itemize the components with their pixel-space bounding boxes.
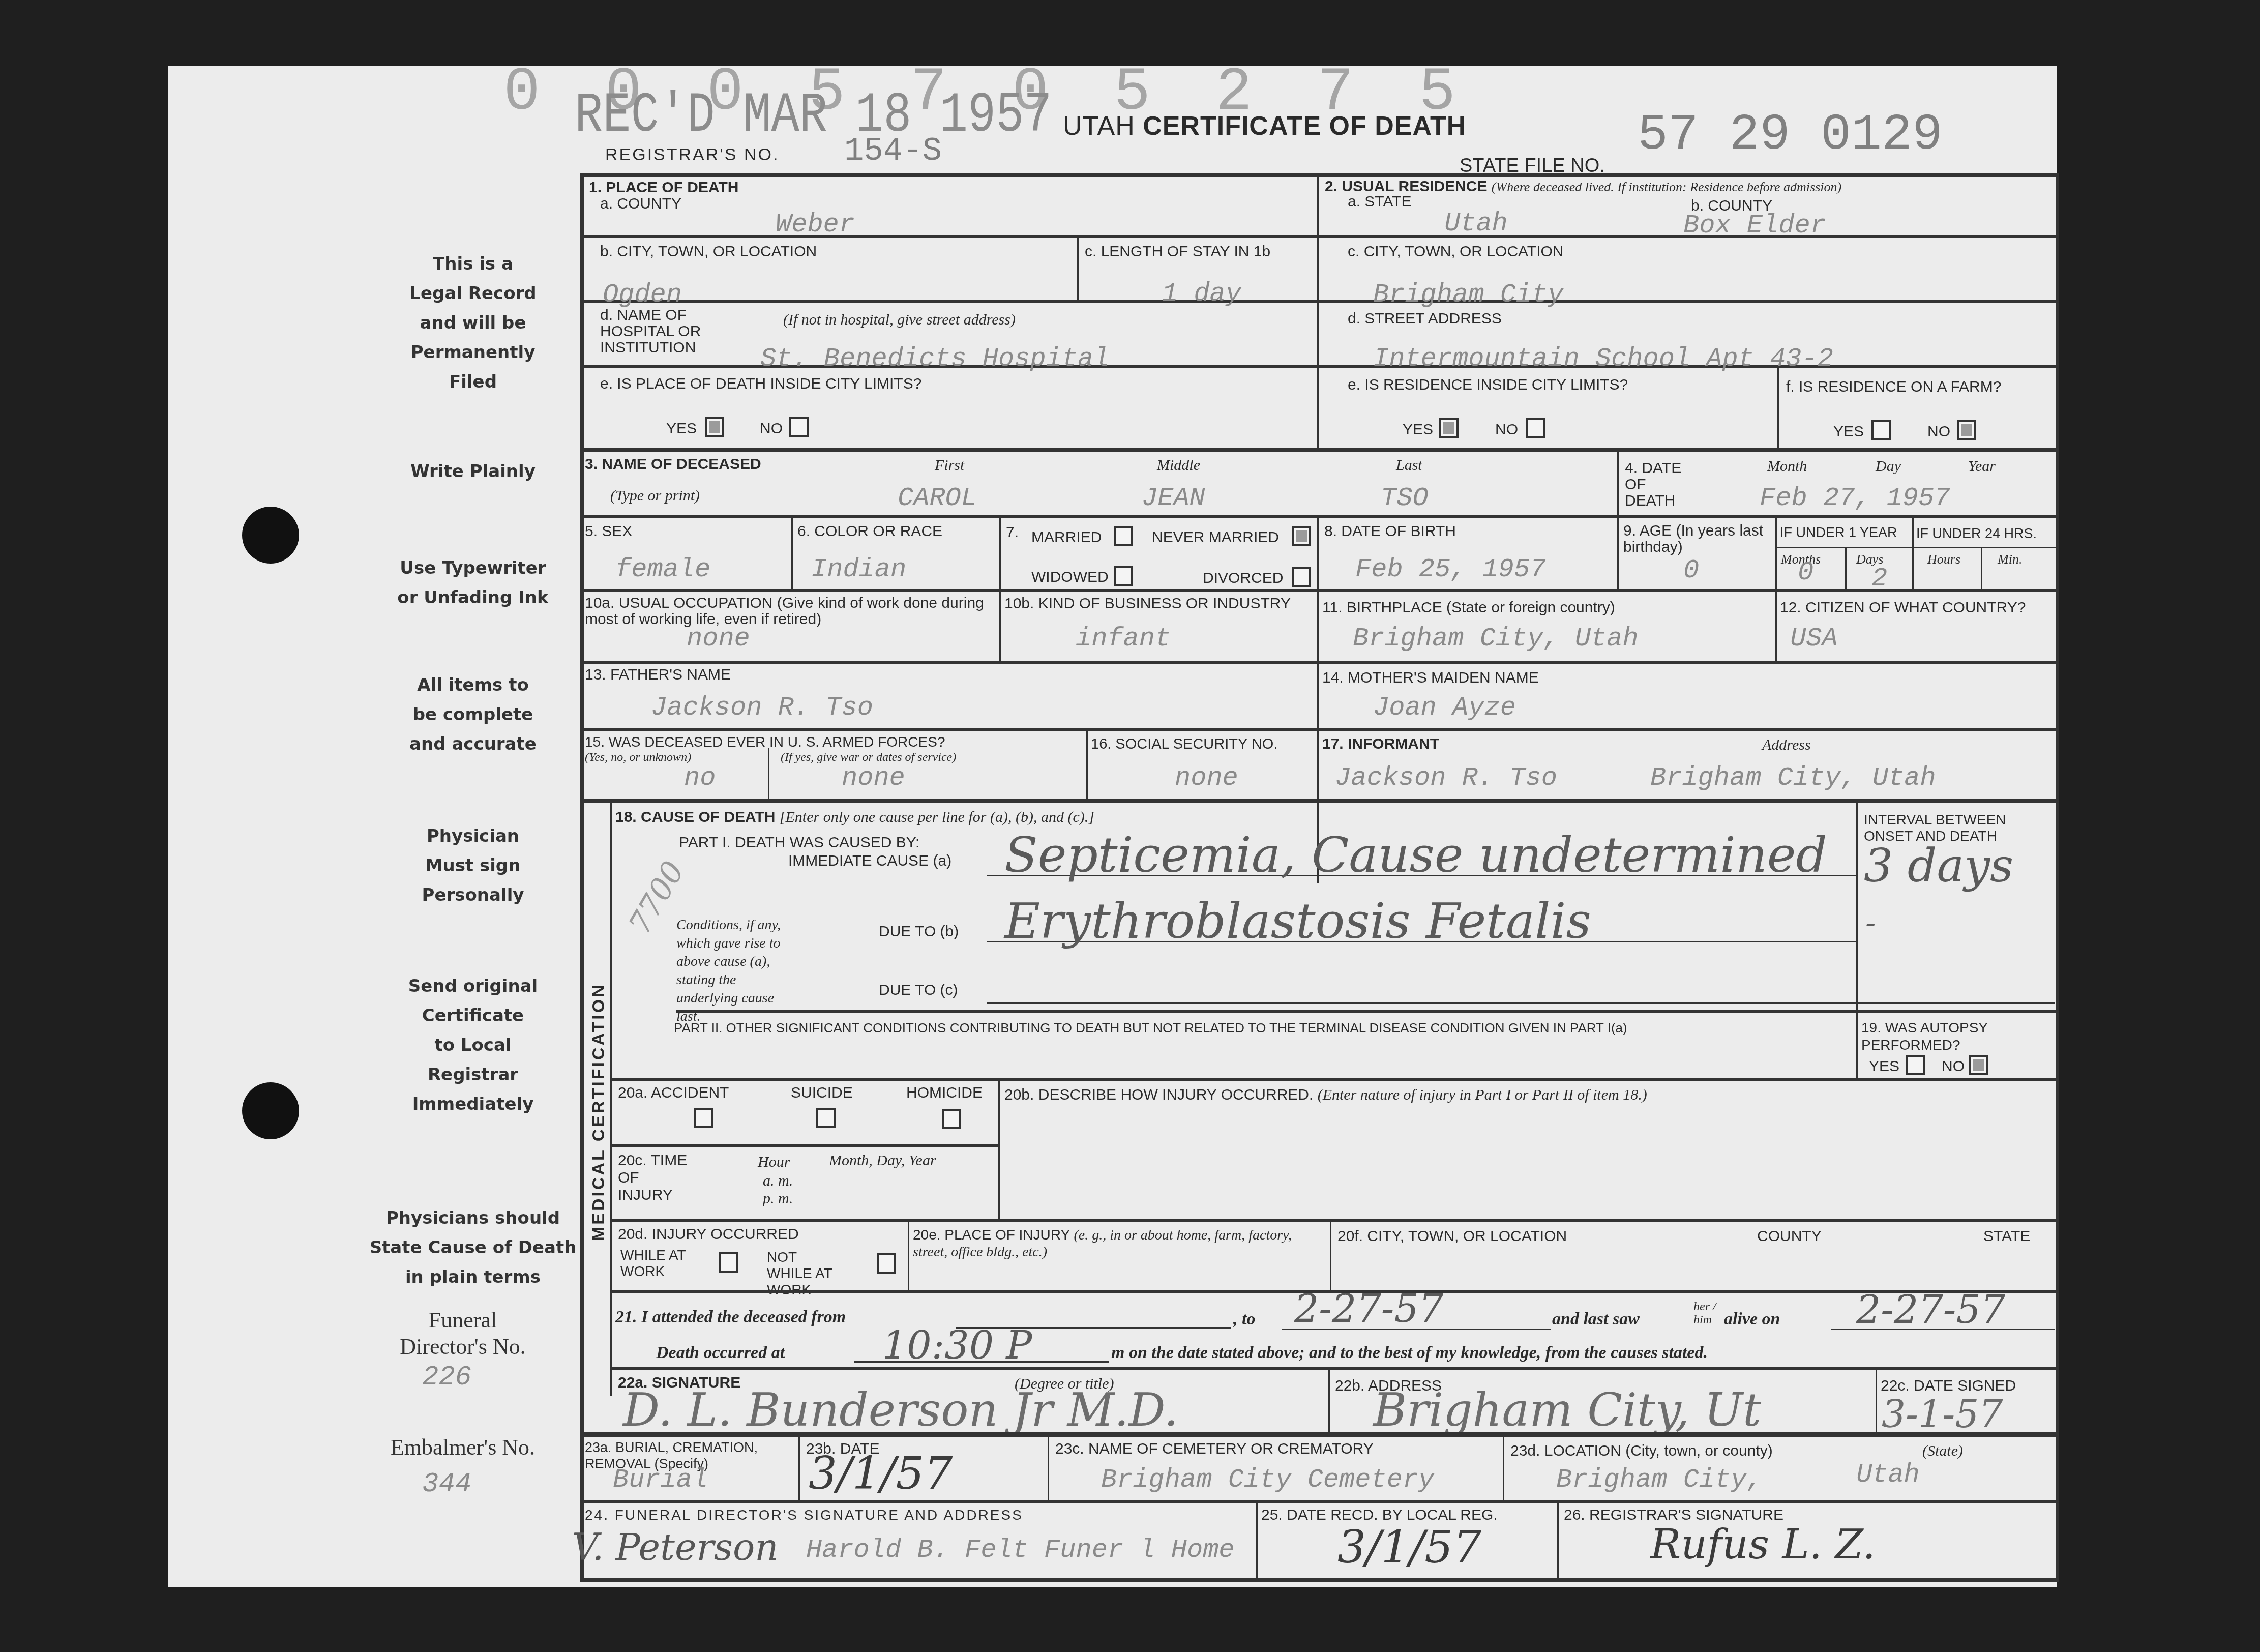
registrar-no-label: REGISTRAR'S NO. bbox=[605, 145, 779, 165]
death-inside-city-no-checkbox[interactable] bbox=[789, 417, 809, 437]
year-label: Year bbox=[1968, 458, 1996, 475]
residence-inside-city-label: e. IS RESIDENCE INSIDE CITY LIMITS? bbox=[1348, 376, 1628, 394]
length-of-stay-label: c. LENGTH OF STAY IN 1b bbox=[1085, 243, 1270, 260]
no-label: NO bbox=[1495, 421, 1518, 438]
race-value: Indian bbox=[811, 554, 906, 584]
interval-a-value: 3 days bbox=[1864, 839, 2013, 893]
first-label: First bbox=[935, 457, 964, 474]
age-label: 9. AGE (In years last birthday) bbox=[1623, 523, 1771, 555]
death-inside-city-yes-checkbox[interactable] bbox=[705, 417, 724, 437]
embalmer-no: 344 bbox=[422, 1469, 471, 1500]
accident-checkbox[interactable] bbox=[694, 1108, 713, 1128]
informant-label: 17. INFORMANT bbox=[1322, 735, 1439, 753]
no-label: NO bbox=[1927, 423, 1950, 440]
occupation-label: 10a. USUAL OCCUPATION (Give kind of work… bbox=[585, 595, 992, 628]
armed-forces-label: 15. WAS DECEASED EVER IN U. S. ARMED FOR… bbox=[585, 733, 945, 751]
divider bbox=[610, 1367, 2058, 1370]
autopsy-yes-checkbox[interactable] bbox=[1906, 1055, 1925, 1075]
autopsy-yes-label: YES bbox=[1869, 1058, 1899, 1075]
attended-to-value: 2-27-57 bbox=[1294, 1286, 1443, 1331]
residence-street-value: Intermountain School Apt 43-2 bbox=[1373, 344, 1833, 374]
divider bbox=[998, 1078, 1000, 1221]
divider bbox=[1086, 728, 1088, 800]
never-married-label: NEVER MARRIED bbox=[1152, 529, 1279, 546]
ssn-value: none bbox=[1175, 763, 1238, 793]
divider bbox=[1048, 1434, 1049, 1500]
married-checkbox[interactable] bbox=[1114, 526, 1133, 546]
punch-hole bbox=[242, 507, 299, 564]
divider bbox=[580, 300, 2058, 303]
under-1-year-label: IF UNDER 1 YEAR bbox=[1780, 524, 1897, 541]
father-value: Jackson R. Tso bbox=[651, 693, 873, 723]
date-of-death-value: Feb 27, 1957 bbox=[1760, 483, 1950, 513]
never-married-checkbox[interactable] bbox=[1292, 526, 1311, 546]
hours-label: Hours bbox=[1927, 550, 1960, 568]
title-prefix: UTAH bbox=[1063, 111, 1135, 141]
hospital-label: d. NAME OF HOSPITAL OR INSTITUTION bbox=[600, 307, 727, 356]
residence-state-label: a. STATE bbox=[1348, 193, 1412, 211]
citizen-label: 12. CITIZEN OF WHAT COUNTRY? bbox=[1780, 599, 2026, 616]
hospital-value: St. Benedicts Hospital bbox=[760, 344, 1110, 374]
form-border-left bbox=[580, 173, 584, 1582]
registrar-signature: Rufus L. Z. bbox=[1650, 1521, 1876, 1568]
residence-farm-no-checkbox[interactable] bbox=[1957, 420, 1976, 440]
due-to-c-line bbox=[987, 1002, 2055, 1004]
divider bbox=[1775, 589, 1777, 663]
industry-value: infant bbox=[1076, 624, 1171, 654]
divider bbox=[1557, 1501, 1559, 1579]
divider bbox=[908, 1219, 909, 1290]
residence-farm-label: f. IS RESIDENCE ON A FARM? bbox=[1786, 378, 2001, 396]
margin-note-physician-sign: Physician Must sign Personally bbox=[366, 821, 580, 910]
to-label: , to bbox=[1233, 1310, 1255, 1328]
title-text: CERTIFICATE OF DEATH bbox=[1143, 111, 1466, 141]
mother-value: Joan Ayze bbox=[1373, 693, 1516, 723]
age-value: 0 bbox=[1683, 555, 1699, 585]
residence-street-label: d. STREET ADDRESS bbox=[1348, 310, 1502, 328]
place-of-injury-label: 20e. PLACE OF INJURY (e. g., in or about… bbox=[913, 1227, 1320, 1260]
citizen-value: USA bbox=[1790, 624, 1838, 654]
divorced-label: DIVORCED bbox=[1203, 570, 1283, 587]
while-at-work-label: WHILE AT WORK bbox=[620, 1247, 692, 1280]
divider bbox=[580, 589, 2058, 592]
interval-b-value: - bbox=[1865, 905, 1876, 941]
funeral-director-label: 24. FUNERAL DIRECTOR'S SIGNATURE AND ADD… bbox=[585, 1507, 1023, 1524]
burial-type-value: Burial bbox=[613, 1465, 708, 1495]
divider bbox=[798, 1434, 800, 1500]
residence-state-value: Utah bbox=[1444, 209, 1508, 239]
divider bbox=[1981, 547, 1982, 591]
divider bbox=[1856, 801, 1858, 1025]
armed-service-value: none bbox=[842, 763, 905, 793]
divider bbox=[580, 448, 2058, 452]
first-name-value: CAROL bbox=[898, 483, 977, 513]
autopsy-label: 19. WAS AUTOPSY PERFORMED? bbox=[1861, 1019, 2014, 1054]
homicide-checkbox[interactable] bbox=[942, 1109, 961, 1129]
length-of-stay-value: 1 day bbox=[1162, 279, 1241, 309]
margin-note-write-plainly: Write Plainly bbox=[366, 457, 580, 486]
divider bbox=[610, 1078, 2058, 1081]
armed-hint-a: (Yes, no, or unknown) bbox=[585, 749, 691, 766]
ssn-label: 16. SOCIAL SECURITY NO. bbox=[1091, 735, 1277, 753]
injury-occurred-label: 20d. INJURY OCCURRED bbox=[618, 1226, 799, 1243]
am-label: a. m. bbox=[763, 1172, 793, 1190]
injury-state-label: STATE bbox=[1983, 1228, 2030, 1245]
injury-city-label: 20f. CITY, TOWN, OR LOCATION bbox=[1337, 1228, 1567, 1245]
margin-note-cause-plain: Physicians should State Cause of Death i… bbox=[356, 1203, 590, 1292]
occupation-value: none bbox=[687, 624, 750, 654]
burial-state-value: Utah bbox=[1856, 1460, 1920, 1490]
marital-label: 7. bbox=[1006, 524, 1019, 541]
state-file-no: 57 29 0129 bbox=[1638, 107, 1943, 164]
death-at-suffix: m on the date stated above; and to the b… bbox=[1111, 1344, 1708, 1362]
birthplace-label: 11. BIRTHPLACE (State or foreign country… bbox=[1322, 599, 1615, 616]
birthplace-value: Brigham City, Utah bbox=[1353, 624, 1639, 654]
punch-hole bbox=[242, 1082, 299, 1139]
margin-note-legal-record: This is a Legal Record and will be Perma… bbox=[366, 249, 580, 397]
divider bbox=[791, 515, 793, 591]
armed-forces-value: no bbox=[684, 763, 716, 793]
married-label: MARRIED bbox=[1031, 529, 1102, 546]
not-while-at-work-checkbox[interactable] bbox=[877, 1253, 896, 1274]
residence-county-value: Box Elder bbox=[1683, 211, 1826, 241]
divider bbox=[1876, 1367, 1877, 1433]
cemetery-value: Brigham City Cemetery bbox=[1101, 1465, 1434, 1495]
under-24-hrs-label: IF UNDER 24 HRS. bbox=[1916, 525, 2037, 542]
physician-address-value: Brigham City, Ut bbox=[1373, 1383, 1761, 1437]
due-to-c-label: DUE TO (c) bbox=[879, 982, 958, 999]
residence-city-label: c. CITY, TOWN, OR LOCATION bbox=[1348, 243, 1564, 260]
race-label: 6. COLOR OR RACE bbox=[797, 523, 942, 540]
divider bbox=[610, 1144, 999, 1147]
divider bbox=[1077, 235, 1079, 301]
death-city-value: Ogden bbox=[603, 280, 682, 310]
injury-county-label: COUNTY bbox=[1757, 1228, 1822, 1245]
death-inside-city-label: e. IS PLACE OF DEATH INSIDE CITY LIMITS? bbox=[600, 375, 921, 393]
conditions-note: Conditions, if any, which gave rise to a… bbox=[676, 916, 801, 1025]
divider bbox=[1856, 1010, 1858, 1081]
divider bbox=[1317, 173, 1319, 450]
divider bbox=[580, 661, 2058, 664]
hour-label: Hour bbox=[758, 1152, 790, 1172]
industry-label: 10b. KIND OF BUSINESS OR INDUSTRY bbox=[1004, 595, 1291, 612]
months-value: 0 bbox=[1798, 557, 1813, 587]
death-at-label: Death occurred at bbox=[656, 1344, 785, 1362]
funeral-director-no: 226 bbox=[422, 1362, 471, 1393]
informant-value: Jackson R. Tso bbox=[1335, 763, 1557, 793]
cemetery-label: 23c. NAME OF CEMETERY OR CREMATORY bbox=[1055, 1440, 1374, 1458]
due-to-b-label: DUE TO (b) bbox=[879, 923, 959, 940]
accident-label: 20a. ACCIDENT bbox=[618, 1084, 729, 1102]
burial-city-value: Brigham City, bbox=[1556, 1465, 1763, 1495]
attended-label: 21. I attended the deceased from bbox=[615, 1308, 846, 1326]
divider bbox=[580, 728, 2058, 731]
last-name-value: TSO bbox=[1381, 483, 1429, 513]
sex-label: 5. SEX bbox=[585, 523, 632, 540]
margin-note-typewriter: Use Typewriter or Unfading Ink bbox=[366, 553, 580, 612]
widowed-label: WIDOWED bbox=[1031, 569, 1109, 586]
divider bbox=[1330, 1219, 1331, 1290]
yes-label: YES bbox=[666, 420, 697, 437]
residence-farm-yes-checkbox[interactable] bbox=[1871, 420, 1891, 440]
autopsy-no-checkbox[interactable] bbox=[1969, 1055, 1988, 1075]
embalmer-no-label: Embalmer's No. bbox=[346, 1434, 580, 1461]
suicide-checkbox[interactable] bbox=[816, 1108, 836, 1128]
divider bbox=[1617, 450, 1619, 516]
funeral-director-signature: V. Peterson bbox=[572, 1526, 779, 1569]
margin-note-send-original: Send original Certificate to Local Regis… bbox=[366, 971, 580, 1119]
date-signed-label: 22c. DATE SIGNED bbox=[1881, 1377, 2016, 1395]
due-to-b-value: Erythroblastosis Fetalis bbox=[1004, 893, 1591, 950]
injury-desc-label: 20b. DESCRIBE HOW INJURY OCCURRED. (Ente… bbox=[1004, 1086, 1647, 1104]
day-label: Day bbox=[1876, 458, 1901, 475]
divorced-checkbox[interactable] bbox=[1292, 567, 1311, 587]
funeral-home-value: Harold B. Felt Funer l Home bbox=[806, 1535, 1235, 1565]
divider bbox=[1845, 547, 1847, 591]
last-saw-value: 2-27-57 bbox=[1856, 1287, 2005, 1332]
widowed-checkbox[interactable] bbox=[1114, 566, 1133, 586]
date-of-birth-value: Feb 25, 1957 bbox=[1355, 554, 1545, 584]
page-title: UTAH CERTIFICATE OF DEATH bbox=[1063, 111, 1466, 141]
divider bbox=[610, 1219, 2058, 1222]
death-county-label: a. COUNTY bbox=[600, 195, 681, 213]
her-him: her / him bbox=[1693, 1300, 1724, 1326]
yes-label: YES bbox=[1403, 421, 1433, 438]
residence-inside-city-no-checkbox[interactable] bbox=[1526, 418, 1545, 438]
pm-label: p. m. bbox=[763, 1190, 793, 1207]
divider bbox=[580, 1500, 2058, 1503]
divider bbox=[610, 801, 612, 1396]
middle-label: Middle bbox=[1157, 457, 1200, 474]
divider bbox=[999, 515, 1001, 662]
divider bbox=[1775, 547, 2058, 548]
divider bbox=[1503, 1434, 1504, 1500]
yes-label: YES bbox=[1833, 423, 1864, 440]
informant-address-label: Address bbox=[1762, 736, 1811, 754]
last-saw-label: and last saw bbox=[1552, 1310, 1640, 1328]
divider bbox=[676, 1010, 2058, 1013]
min-label: Min. bbox=[1998, 550, 2022, 568]
burial-date-value: 3/1/57 bbox=[809, 1447, 953, 1499]
last-label: Last bbox=[1396, 457, 1422, 474]
form-border-bottom bbox=[580, 1578, 2058, 1582]
burial-location-label: 23d. LOCATION (City, town, or county) bbox=[1510, 1442, 1773, 1460]
deceased-name-hint: (Type or print) bbox=[610, 487, 700, 505]
residence-inside-city-yes-checkbox[interactable] bbox=[1439, 418, 1459, 438]
death-time-value: 10:30 P bbox=[882, 1322, 1032, 1368]
deceased-name-label: 3. NAME OF DECEASED bbox=[585, 457, 761, 472]
time-of-injury-label: 20c. TIME OF INJURY bbox=[618, 1152, 694, 1204]
received-stamp: REC'D MAR 18 1957 bbox=[575, 84, 1052, 148]
alive-on-label: alive on bbox=[1724, 1310, 1780, 1328]
date-of-birth-label: 8. DATE OF BIRTH bbox=[1324, 523, 1456, 540]
form-border-right bbox=[2056, 173, 2059, 1582]
place-of-death-label: 1. PLACE OF DEATH bbox=[589, 179, 738, 196]
divider bbox=[1912, 515, 1914, 591]
part2-label: PART II. OTHER SIGNIFICANT CONDITIONS CO… bbox=[674, 1019, 1627, 1037]
mother-label: 14. MOTHER'S MAIDEN NAME bbox=[1322, 669, 1539, 687]
days-value: 2 bbox=[1871, 564, 1887, 594]
father-label: 13. FATHER'S NAME bbox=[585, 666, 731, 684]
date-recd-value: 3/1/57 bbox=[1337, 1521, 1481, 1573]
while-at-work-checkbox[interactable] bbox=[719, 1252, 738, 1273]
divider bbox=[1777, 365, 1779, 450]
autopsy-no-label: NO bbox=[1942, 1058, 1965, 1075]
immediate-cause-label: IMMEDIATE CAUSE (a) bbox=[788, 852, 951, 870]
divider bbox=[1617, 515, 1619, 591]
physician-signature: D. L. Bunderson Jr M.D. bbox=[623, 1383, 1178, 1437]
hospital-hint: (If not in hospital, give street address… bbox=[783, 311, 1016, 329]
divider bbox=[1328, 1367, 1330, 1433]
divider bbox=[580, 799, 2058, 803]
divider bbox=[580, 1432, 2058, 1437]
suicide-label: SUICIDE bbox=[791, 1084, 853, 1102]
middle-name-value: JEAN bbox=[1142, 483, 1205, 513]
date-of-death-label: 4. DATE OF DEATH bbox=[1625, 460, 1686, 509]
date-signed-value: 3-1-57 bbox=[1882, 1393, 2003, 1436]
registrar-no: 154-S bbox=[844, 133, 942, 170]
margin-note-complete: All items to be complete and accurate bbox=[366, 670, 580, 759]
sex-value: female bbox=[615, 554, 710, 584]
part1-label: PART I. DEATH WAS CAUSED BY: bbox=[679, 834, 919, 851]
residence-city-value: Brigham City bbox=[1373, 280, 1563, 310]
medical-certification-label: MEDICAL CERTIFICATION bbox=[589, 983, 609, 1241]
death-county-value: Weber bbox=[776, 210, 855, 240]
divider bbox=[1256, 1501, 1258, 1579]
informant-address-value: Brigham City, Utah bbox=[1650, 763, 1936, 793]
immediate-cause-value: Septicemia, Cause undetermined bbox=[1004, 827, 1827, 883]
month-label: Month bbox=[1767, 458, 1807, 475]
death-city-label: b. CITY, TOWN, OR LOCATION bbox=[600, 243, 817, 260]
funeral-director-no-label: Funeral Director's No. bbox=[346, 1307, 580, 1360]
no-label: NO bbox=[760, 420, 783, 437]
homicide-label: HOMICIDE bbox=[906, 1084, 983, 1102]
cause-of-death-label: 18. CAUSE OF DEATH [Enter only one cause… bbox=[615, 809, 1094, 826]
burial-state-label: (State) bbox=[1922, 1442, 1963, 1460]
divider bbox=[768, 748, 769, 799]
mdy-label: Month, Day, Year bbox=[829, 1152, 936, 1169]
